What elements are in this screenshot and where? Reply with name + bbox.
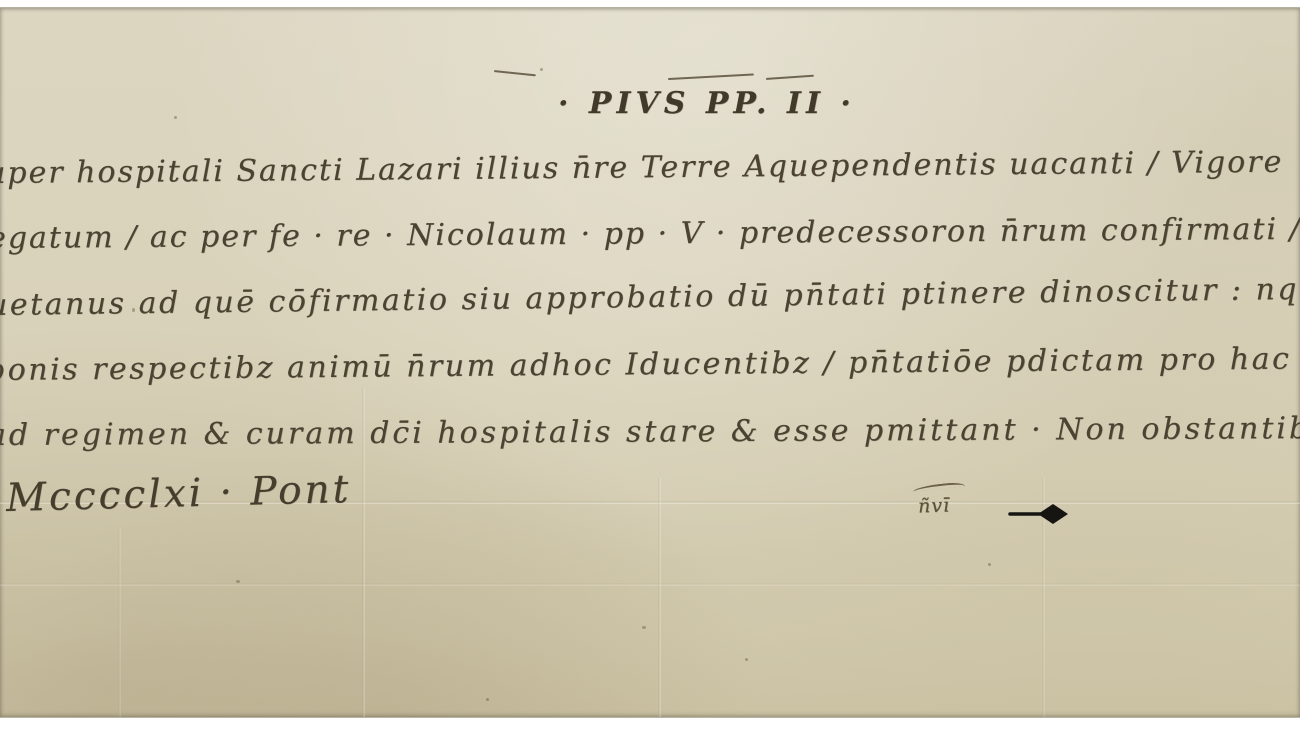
vertical-fold-crease: [658, 478, 661, 717]
flourish-stroke: [494, 70, 536, 76]
paper-speck: [988, 563, 991, 566]
abbreviation-mark: ñvī: [918, 494, 951, 517]
document-scan: · PIVS PP. II · uper hospitali Sancti La…: [0, 0, 1300, 731]
heading-title: · PIVS PP. II ·: [558, 86, 856, 121]
date-line: Mcccclxi · Pont: [5, 467, 351, 521]
text-line-3: uetanus ad quē cōfirmatio siu approbatio…: [0, 272, 1299, 323]
text-line-5: ad regimen & curam dc̄i hospitalis stare…: [0, 411, 1300, 453]
horizontal-fold-crease-faint: [0, 583, 1300, 586]
flourish-stroke: [668, 74, 754, 80]
paper-speck: [236, 580, 240, 583]
paper-speck: [642, 626, 646, 629]
flourish-stroke: [766, 75, 814, 80]
parchment-sheet: · PIVS PP. II · uper hospitali Sancti La…: [0, 7, 1300, 718]
paper-speck: [486, 698, 489, 701]
paper-speck: [745, 658, 748, 661]
text-line-1: uper hospitali Sancti Lazari illius n̄re…: [0, 145, 1283, 191]
text-line-2: egatum / ac per fe · re · Nicolaum · pp …: [0, 212, 1300, 256]
paper-speck: [540, 68, 543, 71]
diamond-arrow-icon: [1008, 500, 1072, 528]
tilde-stroke: [913, 481, 965, 491]
text-line-4: bonis respectibz animū n̄rum adhoc Iduce…: [0, 341, 1300, 388]
vertical-fold-crease: [118, 528, 121, 717]
paper-speck: [174, 116, 177, 119]
